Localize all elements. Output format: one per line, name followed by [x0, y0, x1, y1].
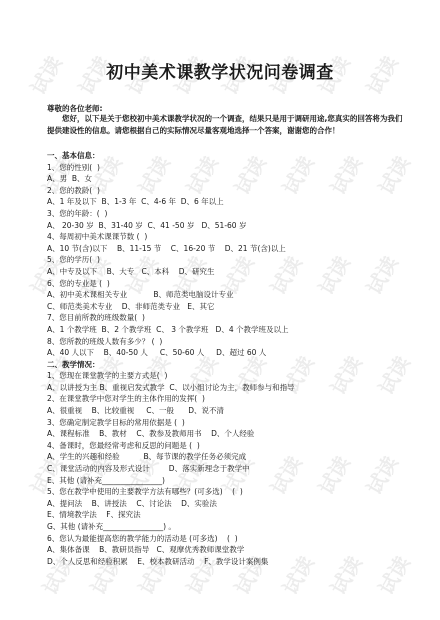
section-heading: 二、教学情况：	[47, 359, 427, 371]
page-title: 初中美术课教学状况问卷调查	[0, 58, 440, 83]
question-text: 5、您的学历( )	[47, 254, 427, 266]
answer-options: A、以讲授为主 B、重视启发式教学 C、以小组讨论为主，教师参与和指导	[47, 382, 427, 394]
question-text: 6、您认为最能提高您的教学能力的活动是 (可多选) ( )	[47, 533, 427, 545]
answer-options: A、 20-30 岁 B、31-40 岁 C、41 -50 岁 D、51-60 …	[47, 220, 427, 232]
answer-options: A、40 人以下 B、40-50 人 C、50-60 人 D、超过 60 人	[47, 347, 427, 359]
question-text: 7、您目前所教的班级数量( )	[47, 312, 427, 324]
answer-options: A、男 B、女	[47, 173, 427, 185]
answer-options: A、课程标准 B、教材 C、教参及教师用书 D、个人经验	[47, 428, 427, 440]
answer-options: A、学生的兴趣和经验 B、每节课的教学任务必须完成	[47, 451, 427, 463]
answer-options: C、课堂活动的内容及形式设计 D、落实新理念于教学中	[47, 463, 427, 475]
answer-options: E、情境教学法 F、探究法	[47, 509, 427, 521]
answer-options: A、1 年及以下 B、1-3 年 C、4-6 年 D、6 年以上	[47, 196, 427, 208]
question-text: 3、您的年龄：( )	[47, 208, 427, 220]
questionnaire-body: 一、基本信息：1、您的性别( )A、男 B、女2、您的教龄( )A、1 年及以下…	[47, 150, 427, 567]
answer-options: A、提问法 B、讲授法 C、讨论法 D、实验法	[47, 498, 427, 510]
answer-options: G、其他 (请补充________________) 。	[47, 521, 427, 533]
answer-options: D、个人反思和经验积累 E、校本教研活动 F、教学设计案例集	[47, 556, 427, 568]
question-text: 1、您的性别( )	[47, 162, 427, 174]
question-text: 3、您确定制定教学目标的常用依据是 ( )	[47, 417, 427, 429]
question-text: 2、您的教龄( )	[47, 185, 427, 197]
question-text: 1、您现在课堂教学的主要方式是( )	[47, 370, 427, 382]
answer-options: A、中专及以下 B、大专 C、本科 D、研究生	[47, 266, 427, 278]
answer-options: A、集体备课 B、教研员指导 C、观摩优秀教师课堂教学	[47, 544, 427, 556]
answer-options: A、很重视 B、比较重视 C、一般 D、说不清	[47, 405, 427, 417]
question-text: 2、在课堂教学中您对学生的主体作用的发挥( )	[47, 393, 427, 405]
answer-options: A、1 个教学班 B、2 个教学班 C、 3 个教学班 D、4 个教学班及以上	[47, 324, 427, 336]
document-page: 初中美术课教学状况问卷调查 尊敬的各位老师: 您好，以下是关于您校初中美术课教学…	[0, 0, 440, 620]
answer-options: A、10 节(含)以下 B、11-15 节 C、16-20 节 D、21 节(含…	[47, 243, 427, 255]
answer-options: A、初中美术课相关专业 B、师范类电脑设计专业	[47, 289, 427, 301]
question-text: 5、您在教学中使用的主要教学方法有哪些？(可多选) ( )	[47, 486, 427, 498]
question-text: 4、备课时，您最经常考虑和反思的问题是 ( )	[47, 440, 427, 452]
question-text: 4、每周初中美术课课节数 ( )	[47, 231, 427, 243]
answer-options: C、师范类美术专业 D、非师范类专业 E、其它	[47, 301, 427, 313]
answer-options: E、其他 (请补充________________)	[47, 475, 427, 487]
question-text: 8、您所教的班级人数有多少？ ( )	[47, 336, 427, 348]
question-text: 6、您的专业是 ( )	[47, 278, 427, 290]
intro-paragraph: 您好，以下是关于您校初中美术课教学状况的一个调查，结果只是用于调研用途,您真实的…	[47, 113, 407, 137]
section-heading: 一、基本信息：	[47, 150, 427, 162]
